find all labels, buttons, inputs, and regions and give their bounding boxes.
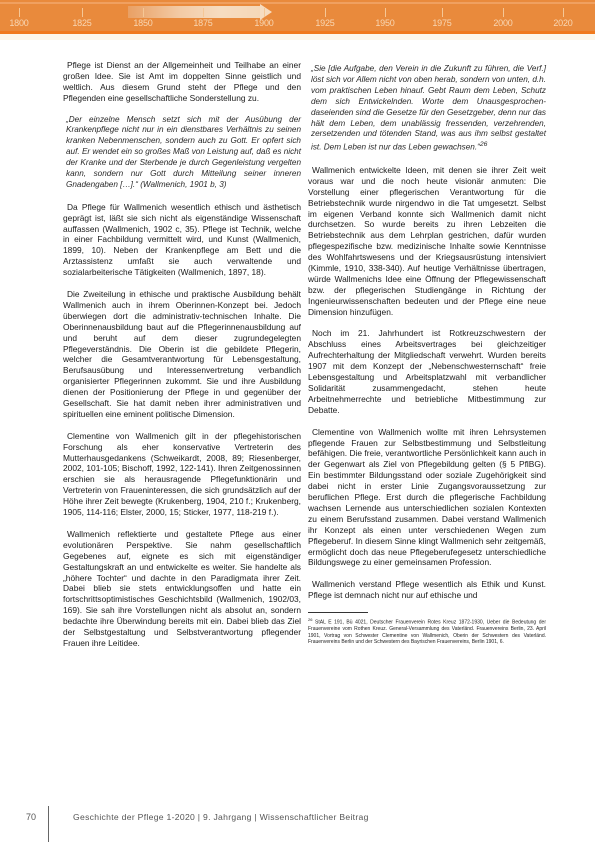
footnote: 26 StAL E 191, Bü 4021, Deutscher Frauen…	[308, 617, 546, 646]
timeline-top-rule	[0, 2, 595, 4]
timeline-tick: 2020	[552, 8, 574, 28]
timeline-tick: 1850	[132, 8, 154, 28]
timeline-tick: 1800	[8, 8, 30, 28]
paragraph: Clementine von Wallmenich wollte mit ihr…	[308, 427, 546, 569]
timeline-tick: 1950	[374, 8, 396, 28]
page-footer: 70 Geschichte der Pflege 1-2020 | 9. Jah…	[0, 800, 595, 842]
timeline-tick: 1975	[431, 8, 453, 28]
timeline-header: 1800 1825 1850 1875 1900 1925 1950 1975 …	[0, 0, 595, 34]
paragraph: Wallmenich verstand Pflege wesentlich al…	[308, 579, 546, 601]
paragraph: Wallmenich entwickelte Ideen, mit denen …	[308, 165, 546, 318]
right-column: „Sie [die Aufgabe, den Verein in die Zuk…	[308, 64, 546, 646]
left-column: Pflege ist Dienst an der Allgemeinheit u…	[63, 60, 301, 660]
timeline-tick: 1900	[253, 8, 275, 28]
timeline-tick: 1925	[314, 8, 336, 28]
footnote-ref[interactable]: 26	[480, 141, 488, 148]
timeline-tick: 1825	[71, 8, 93, 28]
header-cream-band	[0, 34, 595, 40]
paragraph: Da Pflege für Wallmenich wesentlich ethi…	[63, 202, 301, 278]
paragraph: Pflege ist Dienst an der Allgemeinheit u…	[63, 60, 301, 104]
block-quote: „Der einzelne Mensch setzt sich mit der …	[63, 115, 301, 191]
page-number: 70	[26, 812, 36, 822]
block-quote: „Sie [die Aufgabe, den Verein in die Zuk…	[308, 64, 546, 154]
paragraph: Wallmenich reflektierte und gestaltete P…	[63, 529, 301, 649]
paragraph: Noch im 21. Jahrhundert ist Rotkreuzschw…	[308, 328, 546, 415]
paragraph: Die Zweiteilung in ethische und praktisc…	[63, 289, 301, 420]
footnote-divider	[308, 612, 368, 613]
journal-title: Geschichte der Pflege 1-2020 | 9. Jahrga…	[73, 812, 369, 822]
paragraph: Clementine von Wallmenich gilt in der pf…	[63, 431, 301, 518]
footnote-number: 26	[308, 617, 312, 622]
footer-divider	[48, 806, 49, 842]
timeline-tick: 1875	[192, 8, 214, 28]
timeline-tick: 2000	[492, 8, 514, 28]
